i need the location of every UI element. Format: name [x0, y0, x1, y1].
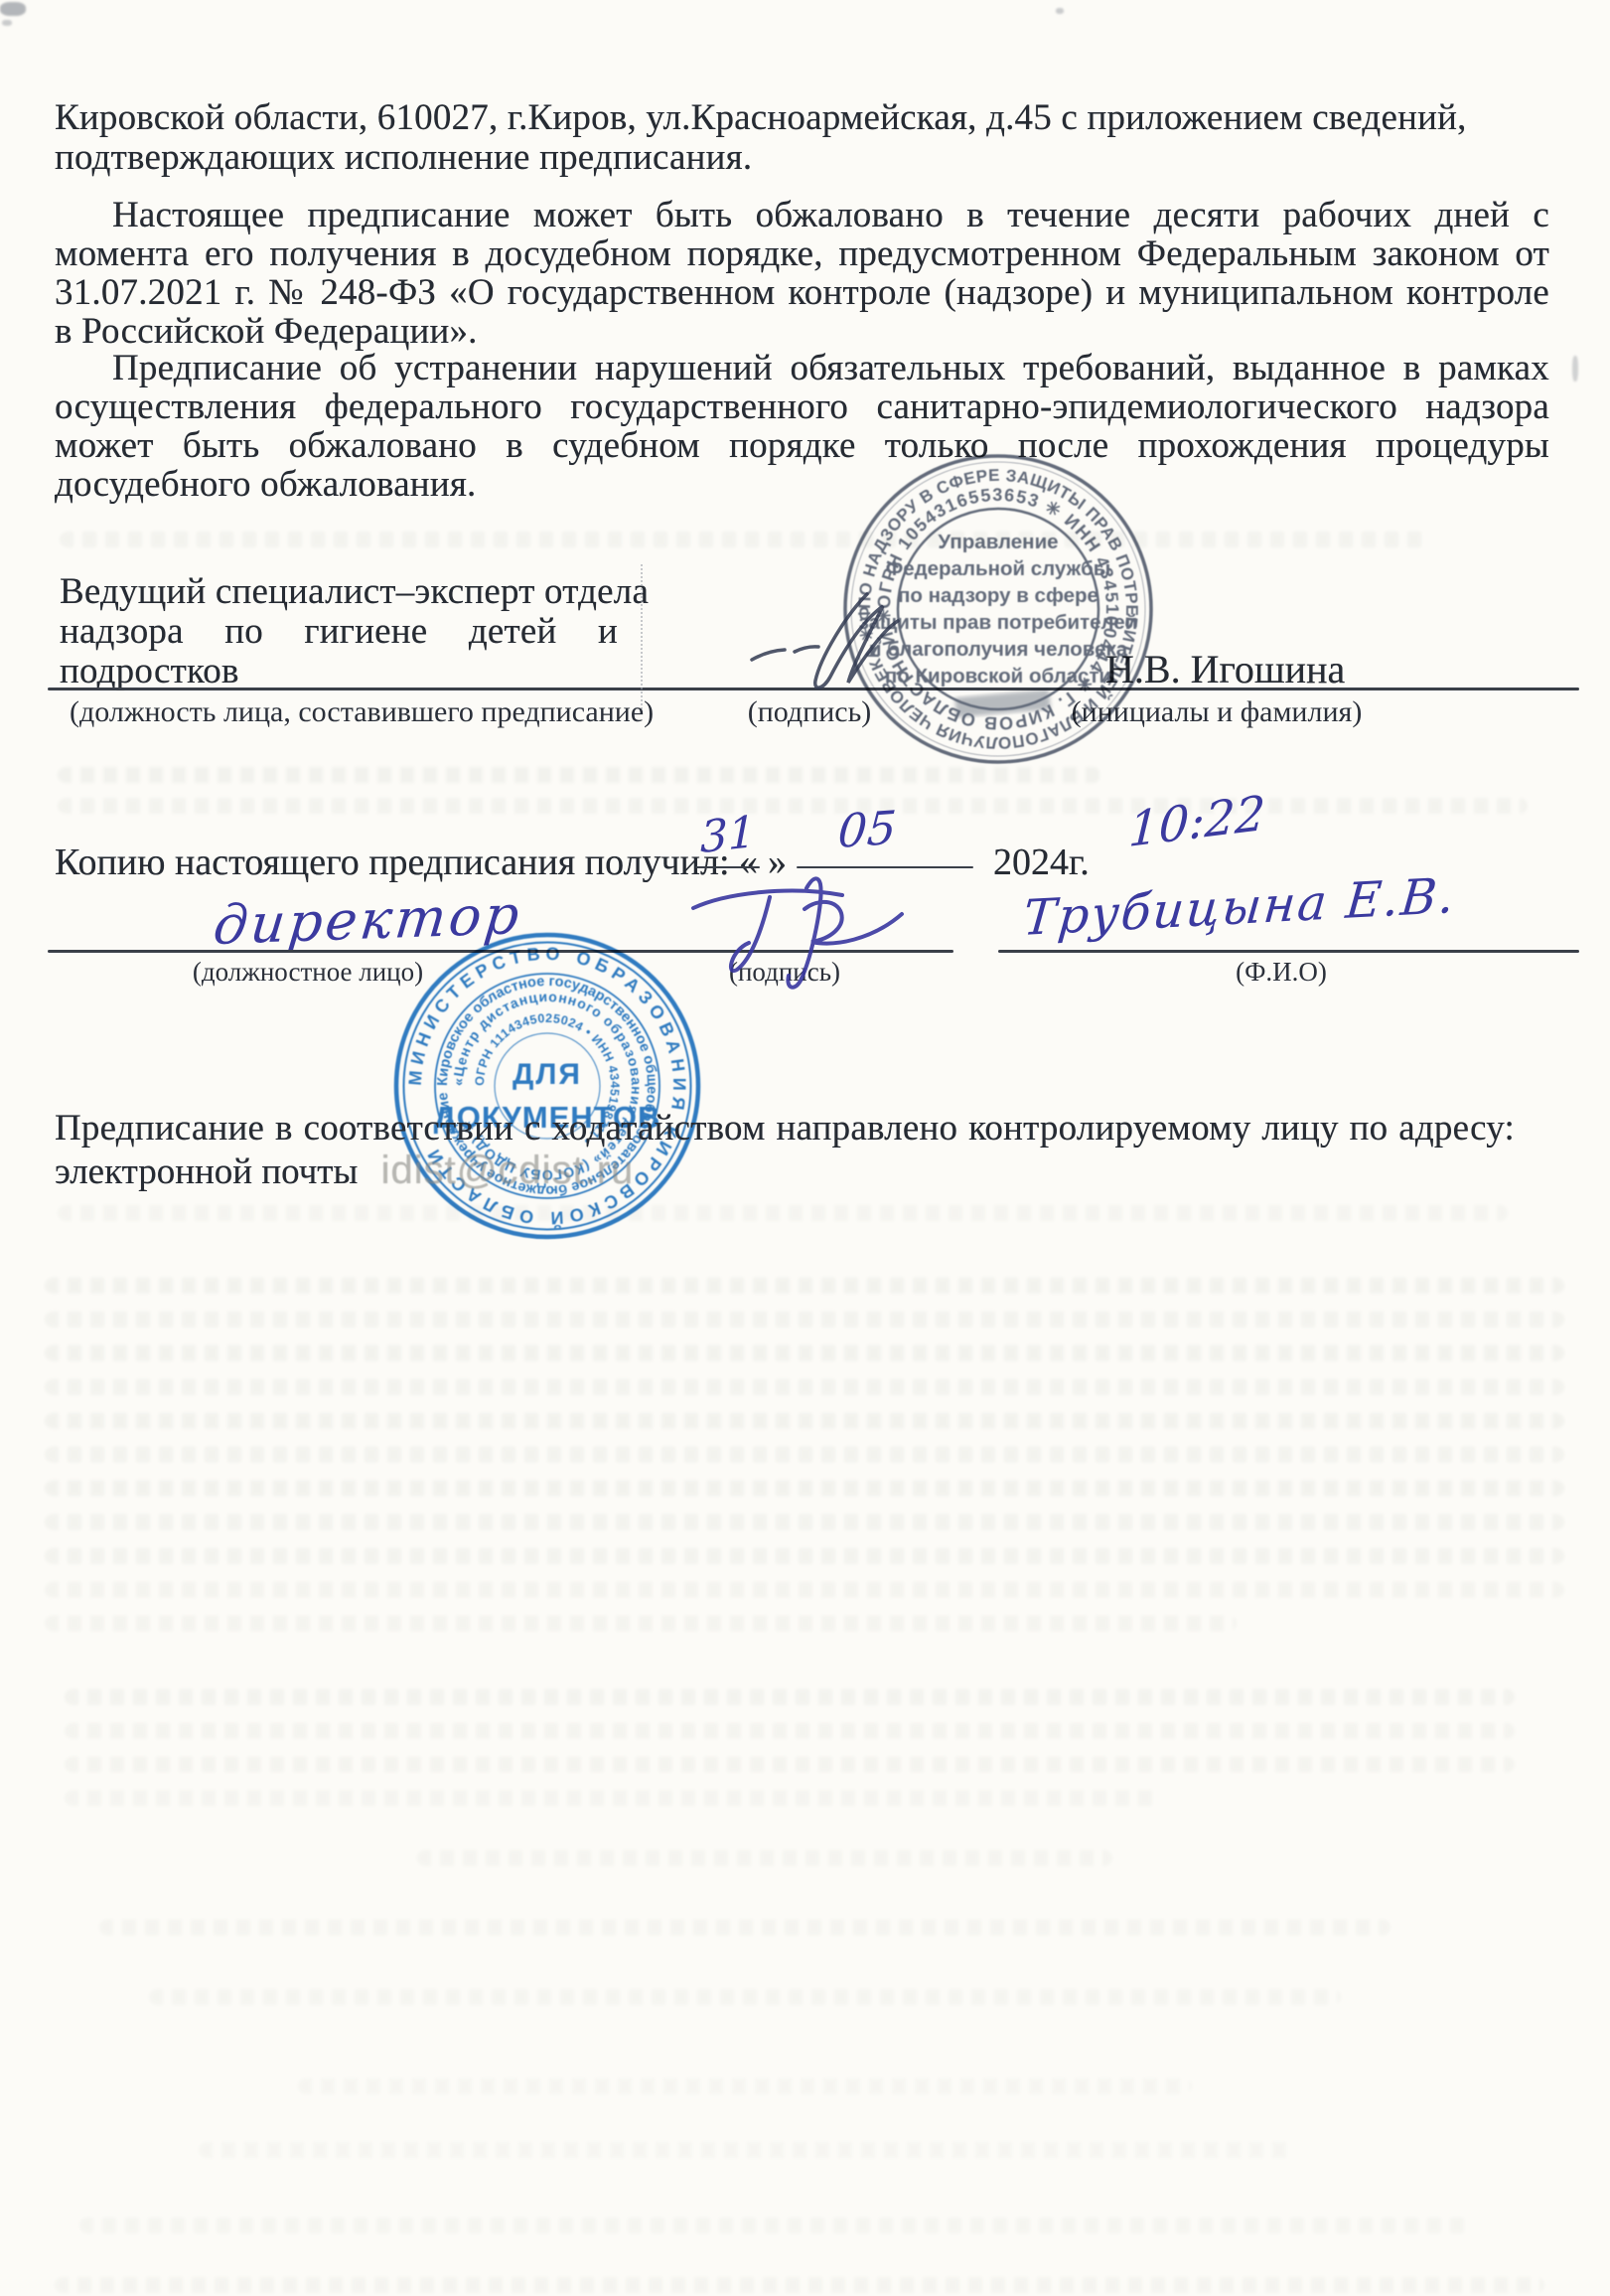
bleedthrough-row	[45, 1582, 1564, 1598]
footer-paragraph: Предписание в соответствии с ходатайство…	[55, 1109, 1515, 1148]
paragraph-line: Предписание в соответствии с ходатайство…	[55, 1109, 1515, 1148]
bleedthrough-row	[45, 1480, 1564, 1496]
paragraph-line: Настоящее предписание может быть обжалов…	[55, 196, 1549, 234]
bleedthrough-row	[58, 1205, 1508, 1221]
footer-email-prefix: электронной почты	[55, 1151, 358, 1192]
receipt-close-quote: »	[768, 841, 787, 884]
school-stamp: МИНИСТЕРСТВО ОБРАЗОВАНИЯ КИРОВСКОЙ ОБЛАС…	[388, 927, 706, 1245]
bleedthrough-row	[45, 1548, 1564, 1564]
bleedthrough-row	[65, 1757, 1515, 1772]
bleedthrough-row	[60, 532, 1430, 547]
bleedthrough-row	[45, 1615, 1237, 1631]
handwritten-time: 10:22	[1127, 785, 1266, 858]
bleedthrough-row	[149, 1989, 1341, 2005]
svg-text:Федеральной службы: Федеральной службы	[886, 557, 1111, 580]
paragraph-line: досудебного обжалования.	[55, 465, 1549, 504]
bleedthrough-row	[45, 1447, 1564, 1462]
receipt-prefix: Копию настоящего предписания получил: «	[55, 841, 758, 884]
paragraph-line: момента его получения в досудебном поряд…	[55, 234, 1549, 273]
day-underline	[695, 866, 760, 868]
bleedthrough-row	[199, 2142, 1291, 2158]
svg-text:ДЛЯ: ДЛЯ	[512, 1058, 582, 1091]
paragraph-line: Кировской области, 610027, г.Киров, ул.К…	[55, 98, 1390, 138]
svg-text:Управление: Управление	[938, 531, 1058, 553]
bleedthrough-row	[45, 1311, 1564, 1327]
scan-smudge	[2, 20, 12, 26]
bleedthrough-row	[58, 798, 1528, 814]
paragraph-line: в Российской Федерации».	[55, 312, 1549, 351]
paragraph-line: подростков	[60, 652, 618, 691]
month-underline	[797, 866, 973, 868]
handwritten-day: 31	[700, 807, 756, 863]
paragraph-line: Ведущий специалист–эксперт отдела	[60, 572, 618, 612]
bleedthrough-row	[45, 1345, 1564, 1361]
scan-smudge	[1056, 8, 1064, 14]
paragraph-appeal-court: Предписание об устранении нарушений обяз…	[55, 349, 1549, 504]
bleedthrough-row	[99, 1919, 1390, 1935]
scan-smudge	[0, 2, 26, 16]
paragraph-line: подтверждающих исполнение предписания.	[55, 138, 1390, 178]
paragraph-line: надзора по гигиене детей и	[60, 612, 618, 652]
paragraph-address: Кировской области, 610027, г.Киров, ул.К…	[55, 98, 1390, 178]
footer-email-line: электронной почты idist@cdist.ru	[55, 1148, 634, 1193]
bleedthrough-row	[79, 2218, 1470, 2233]
handwritten-month: 05	[836, 801, 898, 858]
scanned-document-page: Кировской области, 610027, г.Киров, ул.К…	[0, 0, 1610, 2296]
paragraph-line: осуществления федерального государственн…	[55, 387, 1549, 426]
official-role-text: Ведущий специалист–эксперт отдела надзор…	[60, 572, 618, 691]
bleedthrough-row	[65, 1689, 1515, 1705]
paragraph-line: Предписание об устранении нарушений обяз…	[55, 349, 1549, 387]
rospotrebnadzor-stamp: ПО НАДЗОРУ В СФЕРЕ ЗАЩИТЫ ПРАВ ПОТРЕБИТЕ…	[834, 445, 1162, 773]
svg-text:по Кировской области: по Кировской области	[885, 665, 1111, 688]
received-name-caption: (Ф.И.О)	[1093, 957, 1470, 988]
column-separator	[641, 564, 643, 713]
scan-smudge	[1572, 356, 1578, 382]
signature-rule	[48, 688, 1579, 690]
received-rule-right	[998, 950, 1579, 953]
bleedthrough-row	[45, 1278, 1564, 1294]
bleedthrough-row	[65, 1790, 1157, 1806]
email-address: idist@cdist.ru	[381, 1148, 635, 1192]
bleedthrough-row	[417, 1850, 1112, 1866]
bleedthrough-row	[55, 2277, 1544, 2293]
role-caption: (должность лица, составившего предписани…	[70, 695, 611, 729]
bleedthrough-row	[65, 1723, 1515, 1739]
svg-text:по надзору в сфере: по надзору в сфере	[898, 584, 1098, 607]
paragraph-appeal-pretrial: Настоящее предписание может быть обжалов…	[55, 196, 1549, 351]
bleedthrough-row	[45, 1413, 1564, 1429]
svg-text:защиты прав потребителей: защиты прав потребителей	[859, 611, 1138, 634]
bleedthrough-row	[298, 2078, 1192, 2094]
receipt-year: 2024г.	[993, 841, 1090, 884]
svg-text:и благополучия человека: и благополучия человека	[869, 638, 1128, 661]
bleedthrough-row	[45, 1514, 1564, 1530]
paragraph-line: 31.07.2021 г. № 248-ФЗ «О государственно…	[55, 273, 1549, 312]
paragraph-line: может быть обжаловано в судебном порядке…	[55, 426, 1549, 465]
bleedthrough-row	[45, 1379, 1564, 1395]
